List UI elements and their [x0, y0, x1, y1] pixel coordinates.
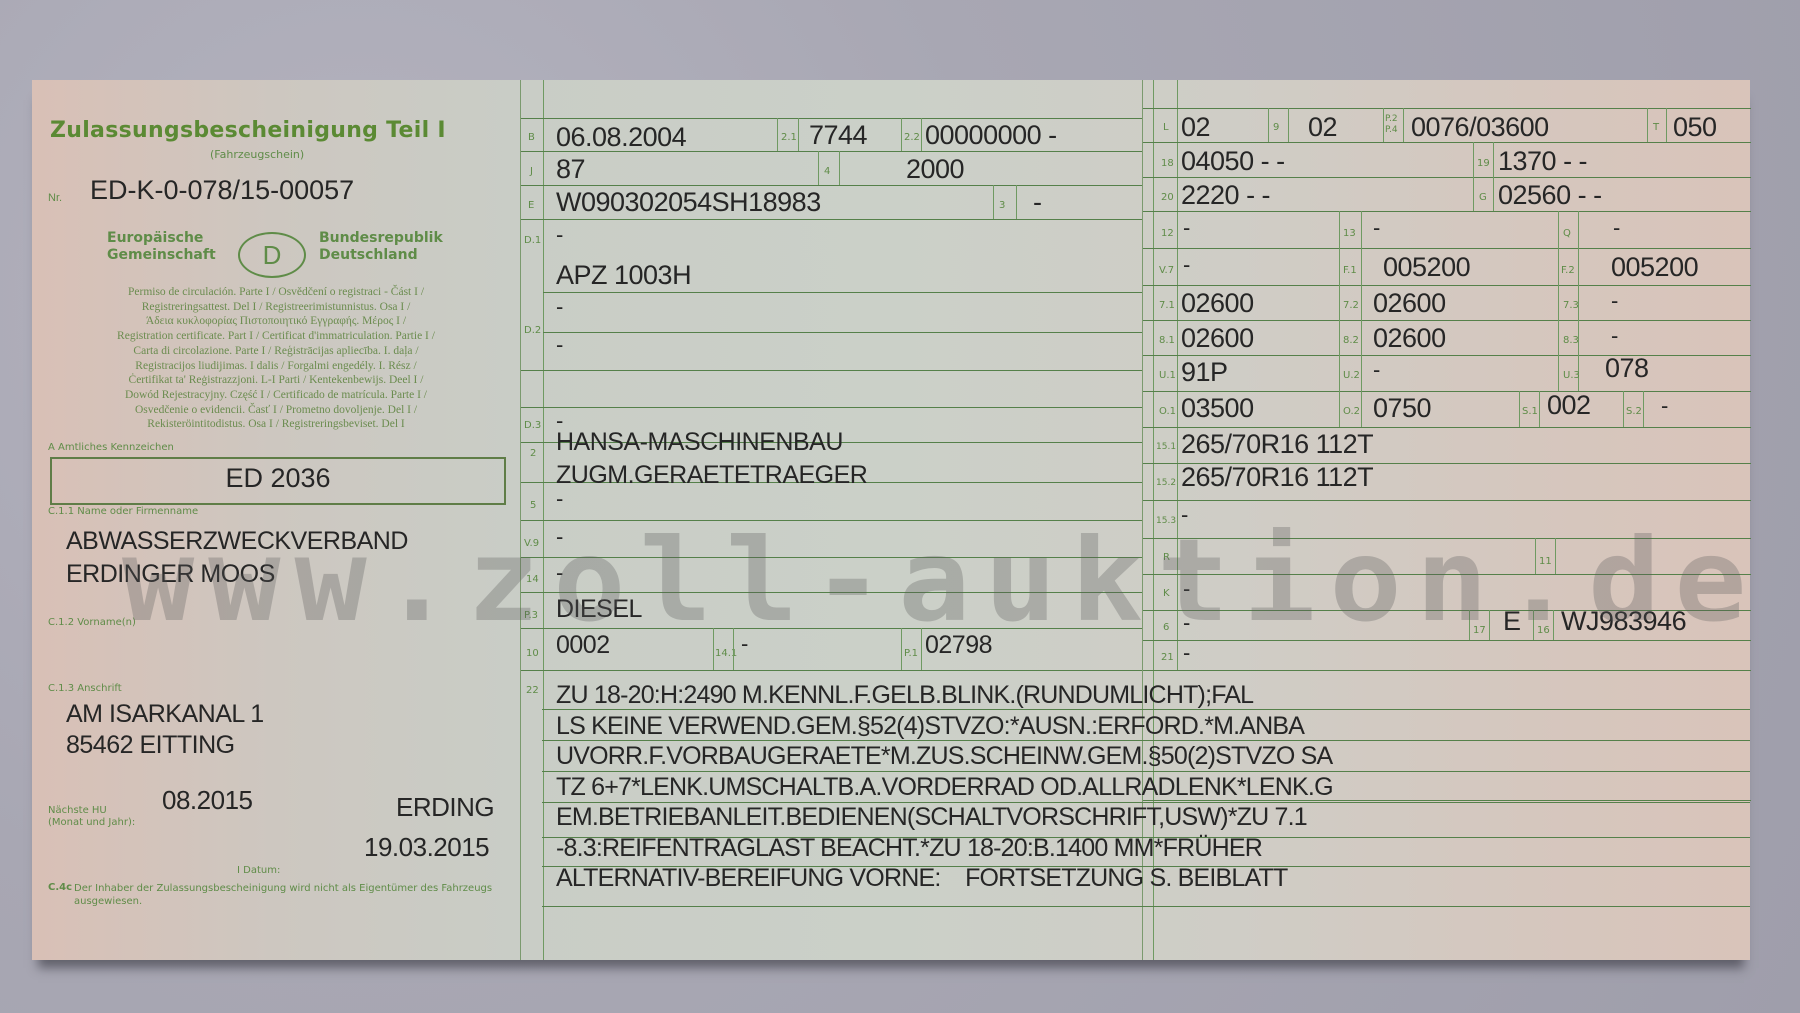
country-oval-icon: D	[238, 232, 306, 278]
remarks-area: ZU 18-20:H:2490 M.KENNL.F.GELB.BLINK.(RU…	[520, 80, 1750, 960]
address-label: C.1.3 Anschrift	[48, 683, 122, 694]
owner-note-label: C.4c	[48, 882, 72, 893]
issuing-authority: ERDING	[396, 792, 494, 823]
firstname-label: C.1.2 Vorname(n)	[48, 617, 136, 628]
date-label: I Datum:	[237, 865, 280, 876]
remark-line: ZU 18-20:H:2490 M.KENNL.F.GELB.BLINK.(RU…	[556, 680, 1333, 711]
remark-line: -8.3:REIFENTRAGLAST BEACHT.*ZU 18-20:B.1…	[556, 833, 1333, 864]
translation-line: Άδεια κυκλοφορίας Πιστοποιητικό Εγγραφής…	[46, 314, 506, 329]
name-label: C.1.1 Name oder Firmenname	[48, 506, 198, 517]
owner-note: Der Inhaber der Zulassungsbescheinigung …	[74, 882, 494, 908]
translation-line: Ċertifikat ta' Reġistrazzjoni. L-I Parti…	[46, 373, 506, 388]
holder-panel: Zulassungsbescheinigung Teil I (Fahrzeug…	[32, 80, 520, 960]
translation-line: Registreringsattest. Del I / Registreeri…	[46, 300, 506, 315]
document-number: ED-K-0-078/15-00057	[90, 175, 354, 206]
translation-line: Rekisteröintitodistus. Osa I / Registrer…	[46, 417, 506, 432]
remarks-text: ZU 18-20:H:2490 M.KENNL.F.GELB.BLINK.(RU…	[556, 680, 1333, 894]
translation-line: Registration certificate. Part I / Certi…	[46, 329, 506, 344]
translation-line: Dowód Rejestracyjny. Część I / Certifica…	[46, 388, 506, 403]
translation-line: Registracijos liudijimas. I dalis / Forg…	[46, 359, 506, 374]
document-title: Zulassungsbescheinigung Teil I	[50, 118, 446, 143]
remark-line: EM.BETRIEBANLEIT.BEDIENEN(SCHALTVORSCHRI…	[556, 802, 1333, 833]
remark-line: ALTERNATIV-BEREIFUNG VORNE: FORTSETZUNG …	[556, 863, 1333, 894]
document-subtitle: (Fahrzeugschein)	[210, 148, 304, 161]
next-hu-value: 08.2015	[162, 785, 252, 816]
address-line2: 85462 EITTING	[66, 731, 235, 760]
translations-block: Permiso de circulación. Parte I / Osvědč…	[46, 285, 506, 432]
remark-line: TZ 6+7*LENK.UMSCHALTB.A.VORDERRAD OD.ALL…	[556, 772, 1333, 803]
plate-number: ED 2036	[52, 463, 504, 494]
remark-line: LS KEINE VERWEND.GEM.§52(4)STVZO:*AUSN.:…	[556, 711, 1333, 742]
address-line1: AM ISARKANAL 1	[66, 700, 264, 729]
issue-date: 19.03.2015	[364, 832, 489, 863]
nr-label: Nr.	[48, 192, 62, 204]
translation-line: Osvedčenie o evidencii. Časť I / Prometn…	[46, 403, 506, 418]
translation-line: Permiso de circulación. Parte I / Osvědč…	[46, 285, 506, 300]
holder-name-line1: ABWASSERZWECKVERBAND	[66, 527, 408, 556]
holder-name-line2: ERDINGER MOOS	[66, 560, 275, 589]
country-code: D	[263, 240, 282, 270]
plate-label: A Amtliches Kennzeichen	[48, 442, 174, 453]
next-hu-label: Nächste HU (Monat und Jahr):	[48, 805, 138, 829]
country-label: Bundesrepublik Deutschland	[319, 230, 449, 264]
translation-line: Carta di circolazione. Parte I / Reģistr…	[46, 344, 506, 359]
remark-line: UVORR.F.VORBAUGERAETE*M.ZUS.SCHEINW.GEM.…	[556, 741, 1333, 772]
eu-label: Europäische Gemeinschaft	[107, 230, 217, 264]
plate-box: ED 2036	[50, 457, 506, 505]
registration-certificate: Zulassungsbescheinigung Teil I (Fahrzeug…	[32, 80, 1750, 960]
